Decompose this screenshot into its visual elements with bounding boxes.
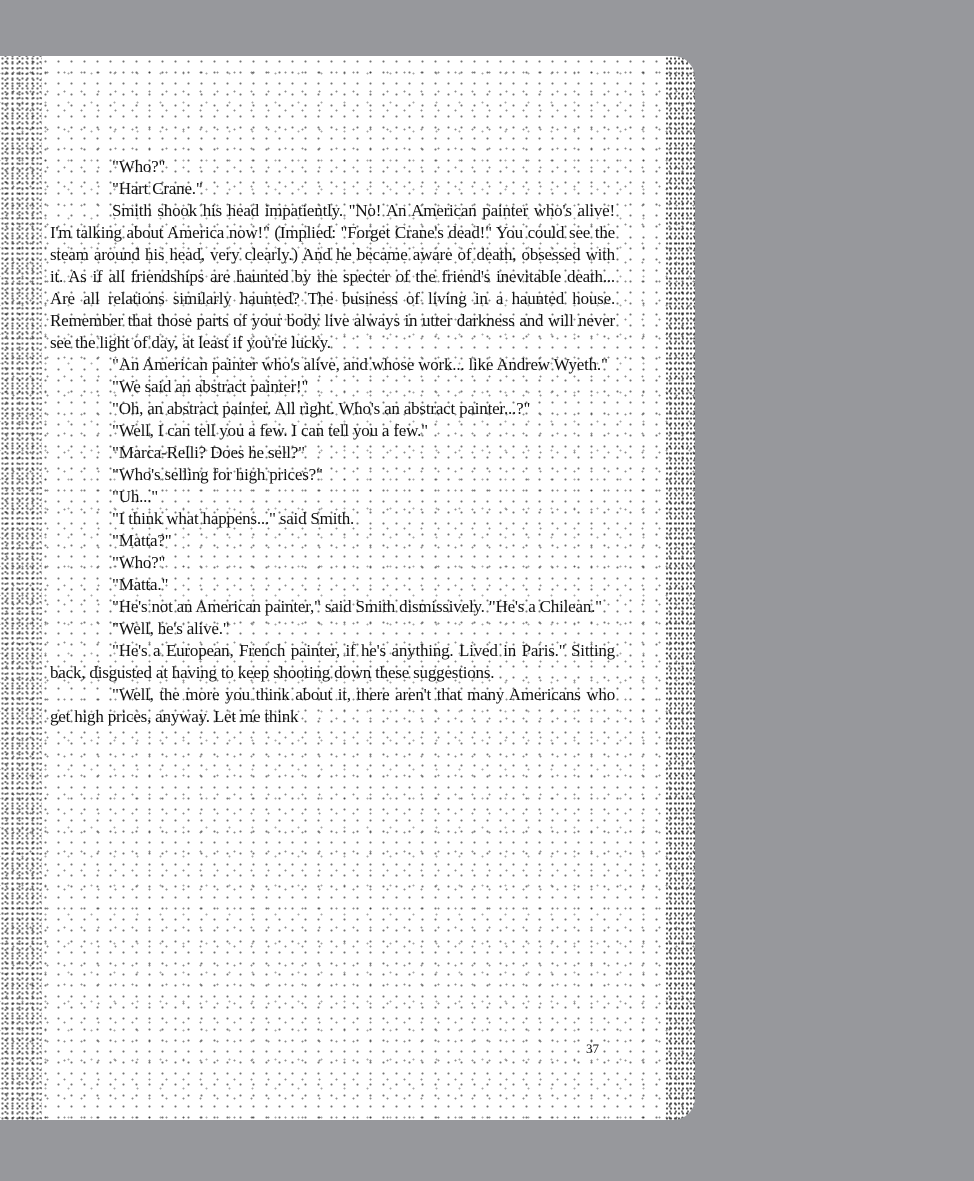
paragraph: "An American painter who's alive, and wh… [50,354,615,376]
paragraph: "Oh, an abstract painter. All right. Who… [50,398,615,420]
paragraph: "Well, the more you think about it, ther… [50,684,615,728]
paragraph: "Marca-Relli? Does he sell?" [50,442,615,464]
paragraph: "He's not an American painter," said Smi… [50,596,615,618]
page-edge-shadow [665,56,695,1120]
page-body-text: "Who?" "Hart Crane." Smith shook his hea… [50,156,615,728]
paragraph: "Who's selling for high prices?" [50,464,615,486]
paragraph: "I think what happens..." said Smith. [50,508,615,530]
paragraph: "Matta?" [50,530,615,552]
paragraph: "Hart Crane." [50,178,615,200]
paragraph: Smith shook his head impatiently. "No! A… [50,200,615,354]
paragraph: "Who?" [50,552,615,574]
paragraph: "Who?" [50,156,615,178]
page-gutter-shadow [0,56,42,1120]
book-page: "Who?" "Hart Crane." Smith shook his hea… [0,56,695,1120]
paragraph: "He's a European, French painter, if he'… [50,640,615,684]
paragraph: "Well, he's alive." [50,618,615,640]
paragraph: "Matta." [50,574,615,596]
paragraph: "Well, I can tell you a few. I can tell … [50,420,615,442]
paragraph: "We said an abstract painter!" [50,376,615,398]
paragraph: "Uh..." [50,486,615,508]
page-number: 37 [586,1041,599,1057]
